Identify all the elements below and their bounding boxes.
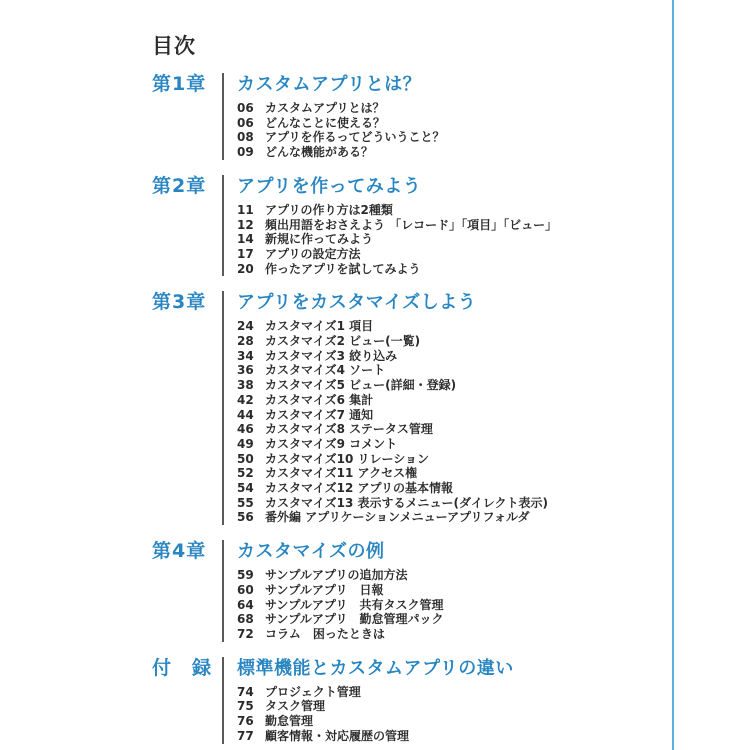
toc-item-page-number: 09 [237,145,265,160]
toc-item: 46カスタマイズ8 ステータス管理 [237,422,548,437]
toc-item-page-number: 28 [237,334,265,349]
toc-item-page-number: 42 [237,393,265,408]
toc-item: 20作ったアプリを試してみよう [237,262,557,277]
toc-item-page-number: 76 [237,714,265,729]
chapter-item-list: 59サンプルアプリの追加方法60サンプルアプリ 日報64サンプルアプリ 共有タス… [237,568,443,642]
toc-item-text: タスク管理 [265,699,325,713]
chapter-content: アプリを作ってみよう11アプリの作り方は2種類12頻出用語をおさえよう 「レコー… [224,175,557,277]
toc-item: 60サンプルアプリ 日報 [237,583,443,598]
chapter-content: カスタムアプリとは？06カスタムアプリとは？06どんなことに使える？08アプリを… [224,73,445,160]
chapter-content: アプリをカスタマイズしよう24カスタマイズ1 項目28カスタマイズ2 ビュー(一… [224,291,548,525]
toc-item-page-number: 68 [237,612,265,627]
toc-item: 44カスタマイズ7 通知 [237,408,548,423]
chapter-block: 第1章カスタムアプリとは？06カスタムアプリとは？06どんなことに使える？08ア… [152,73,750,160]
toc-item: 76勤怠管理 [237,714,514,729]
toc-item-page-number: 60 [237,583,265,598]
toc-item: 14新規に作ってみよう [237,232,557,247]
toc-item-text: カスタマイズ8 ステータス管理 [265,422,433,436]
toc-item: 56番外編 アプリケーションメニューアプリフォルダ [237,510,548,525]
toc-item-page-number: 06 [237,116,265,131]
chapter-block: 付 録標準機能とカスタムアプリの違い74プロジェクト管理75タスク管理76勤怠管… [152,657,750,744]
toc-item-page-number: 46 [237,422,265,437]
toc-item-page-number: 59 [237,568,265,583]
chapter-title: 標準機能とカスタムアプリの違い [237,657,514,680]
toc-item: 75タスク管理 [237,699,514,714]
toc-item-text: どんな機能がある？ [265,145,373,159]
toc-item: 42カスタマイズ6 集計 [237,393,548,408]
toc-item: 55カスタマイズ13 表示するメニュー(ダイレクト表示) [237,496,548,511]
toc-item-text: アプリを作るってどういうこと？ [265,130,445,144]
chapter-block: 第2章アプリを作ってみよう11アプリの作り方は2種類12頻出用語をおさえよう 「… [152,175,750,277]
toc-item-text: カスタマイズ6 集計 [265,393,373,407]
toc-item-page-number: 11 [237,203,265,218]
chapter-title: アプリを作ってみよう [237,175,557,198]
chapter-label: 第4章 [152,540,222,642]
toc-item-text: 番外編 アプリケーションメニューアプリフォルダ [265,510,529,524]
toc-item-text: 作ったアプリを試してみよう [265,262,421,276]
toc-item-page-number: 24 [237,319,265,334]
toc-item: 77顧客情報・対応履歴の管理 [237,729,514,744]
toc-item: 34カスタマイズ3 絞り込み [237,349,548,364]
toc-item-page-number: 77 [237,729,265,744]
chapter-item-list: 24カスタマイズ1 項目28カスタマイズ2 ビュー(一覧)34カスタマイズ3 絞… [237,319,548,525]
chapter-label: 第2章 [152,175,222,277]
toc-item-page-number: 49 [237,437,265,452]
toc-item-text: カスタマイズ11 アクセス権 [265,466,417,480]
toc-item-page-number: 75 [237,699,265,714]
toc-item-page-number: 38 [237,378,265,393]
page-edge-line [672,0,674,750]
toc-item-text: サンプルアプリの追加方法 [265,568,407,582]
toc-item: 64サンプルアプリ 共有タスク管理 [237,598,443,613]
toc-item: 17アプリの設定方法 [237,247,557,262]
chapter-label: 付 録 [152,657,222,744]
chapter-list: 第1章カスタムアプリとは？06カスタムアプリとは？06どんなことに使える？08ア… [152,73,750,744]
chapter-title: カスタムアプリとは？ [237,73,445,96]
toc-item: 24カスタマイズ1 項目 [237,319,548,334]
toc-item-text: カスタマイズ7 通知 [265,408,373,422]
toc-item-text: 新規に作ってみよう [265,232,373,246]
chapter-content: 標準機能とカスタムアプリの違い74プロジェクト管理75タスク管理76勤怠管理77… [224,657,514,744]
toc-item-page-number: 50 [237,452,265,467]
toc-item: 49カスタマイズ9 コメント [237,437,548,452]
toc-item: 09どんな機能がある？ [237,145,445,160]
toc-item-text: アプリの設定方法 [265,247,361,261]
toc-item-text: プロジェクト管理 [265,685,361,699]
toc-item: 74プロジェクト管理 [237,685,514,700]
toc-item: 36カスタマイズ4 ソート [237,363,548,378]
toc-item-text: どんなことに使える？ [265,116,385,130]
toc-item-page-number: 17 [237,247,265,262]
toc-item-page-number: 44 [237,408,265,423]
toc-item-text: カスタマイズ5 ビュー(詳細・登録) [265,378,456,392]
toc-item-text: 勤怠管理 [265,714,313,728]
toc-item-page-number: 64 [237,598,265,613]
toc-item-page-number: 12 [237,218,265,233]
chapter-block: 第4章カスタマイズの例59サンプルアプリの追加方法60サンプルアプリ 日報64サ… [152,540,750,642]
toc-item-page-number: 56 [237,510,265,525]
chapter-block: 第3章アプリをカスタマイズしよう24カスタマイズ1 項目28カスタマイズ2 ビュ… [152,291,750,525]
toc-item: 28カスタマイズ2 ビュー(一覧) [237,334,548,349]
chapter-title: アプリをカスタマイズしよう [237,291,548,314]
toc-item-page-number: 72 [237,627,265,642]
toc-item-text: 頻出用語をおさえよう 「レコード」「項目」「ビュー」 [265,218,557,232]
toc-item: 59サンプルアプリの追加方法 [237,568,443,583]
toc-item-text: カスタマイズ9 コメント [265,437,397,451]
toc-item-page-number: 34 [237,349,265,364]
toc-item-text: カスタマイズ2 ビュー(一覧) [265,334,420,348]
toc-item-page-number: 14 [237,232,265,247]
toc-item: 54カスタマイズ12 アプリの基本情報 [237,481,548,496]
page-title: 目次 [152,30,750,60]
toc-item: 06カスタムアプリとは？ [237,101,445,116]
toc-page: 目次 第1章カスタムアプリとは？06カスタムアプリとは？06どんなことに使える？… [0,0,750,750]
chapter-item-list: 74プロジェクト管理75タスク管理76勤怠管理77顧客情報・対応履歴の管理 [237,685,514,744]
toc-item: 12頻出用語をおさえよう 「レコード」「項目」「ビュー」 [237,218,557,233]
toc-item-page-number: 08 [237,130,265,145]
toc-item-page-number: 54 [237,481,265,496]
toc-item-page-number: 52 [237,466,265,481]
toc-item-text: アプリの作り方は2種類 [265,203,393,217]
toc-item-text: カスタマイズ1 項目 [265,319,373,333]
toc-item: 72コラム 困ったときは [237,627,443,642]
toc-item-text: サンプルアプリ 日報 [265,583,383,597]
toc-item: 08アプリを作るってどういうこと？ [237,130,445,145]
toc-item: 50カスタマイズ10 リレーション [237,452,548,467]
toc-item: 38カスタマイズ5 ビュー(詳細・登録) [237,378,548,393]
toc-item-text: カスタマイズ10 リレーション [265,452,429,466]
toc-item-text: カスタムアプリとは？ [265,101,385,115]
toc-item-page-number: 74 [237,685,265,700]
chapter-item-list: 11アプリの作り方は2種類12頻出用語をおさえよう 「レコード」「項目」「ビュー… [237,203,557,277]
toc-item-text: サンプルアプリ 勤怠管理パック [265,612,443,626]
toc-item-page-number: 06 [237,101,265,116]
toc-item-text: カスタマイズ13 表示するメニュー(ダイレクト表示) [265,496,548,510]
toc-item-text: カスタマイズ3 絞り込み [265,349,397,363]
chapter-label: 第3章 [152,291,222,525]
toc-item: 52カスタマイズ11 アクセス権 [237,466,548,481]
chapter-content: カスタマイズの例59サンプルアプリの追加方法60サンプルアプリ 日報64サンプル… [224,540,443,642]
toc-item-text: カスタマイズ4 ソート [265,363,385,377]
chapter-item-list: 06カスタムアプリとは？06どんなことに使える？08アプリを作るってどういうこと… [237,101,445,160]
toc-item-text: サンプルアプリ 共有タスク管理 [265,598,443,612]
chapter-title: カスタマイズの例 [237,540,443,563]
toc-item: 68サンプルアプリ 勤怠管理パック [237,612,443,627]
toc-item-page-number: 55 [237,496,265,511]
chapter-label: 第1章 [152,73,222,160]
toc-item-text: 顧客情報・対応履歴の管理 [265,729,409,743]
toc-item: 11アプリの作り方は2種類 [237,203,557,218]
toc-item-text: コラム 困ったときは [265,627,385,641]
toc-item-text: カスタマイズ12 アプリの基本情報 [265,481,453,495]
toc-item-page-number: 36 [237,363,265,378]
toc-item-page-number: 20 [237,262,265,277]
toc-item: 06どんなことに使える？ [237,116,445,131]
